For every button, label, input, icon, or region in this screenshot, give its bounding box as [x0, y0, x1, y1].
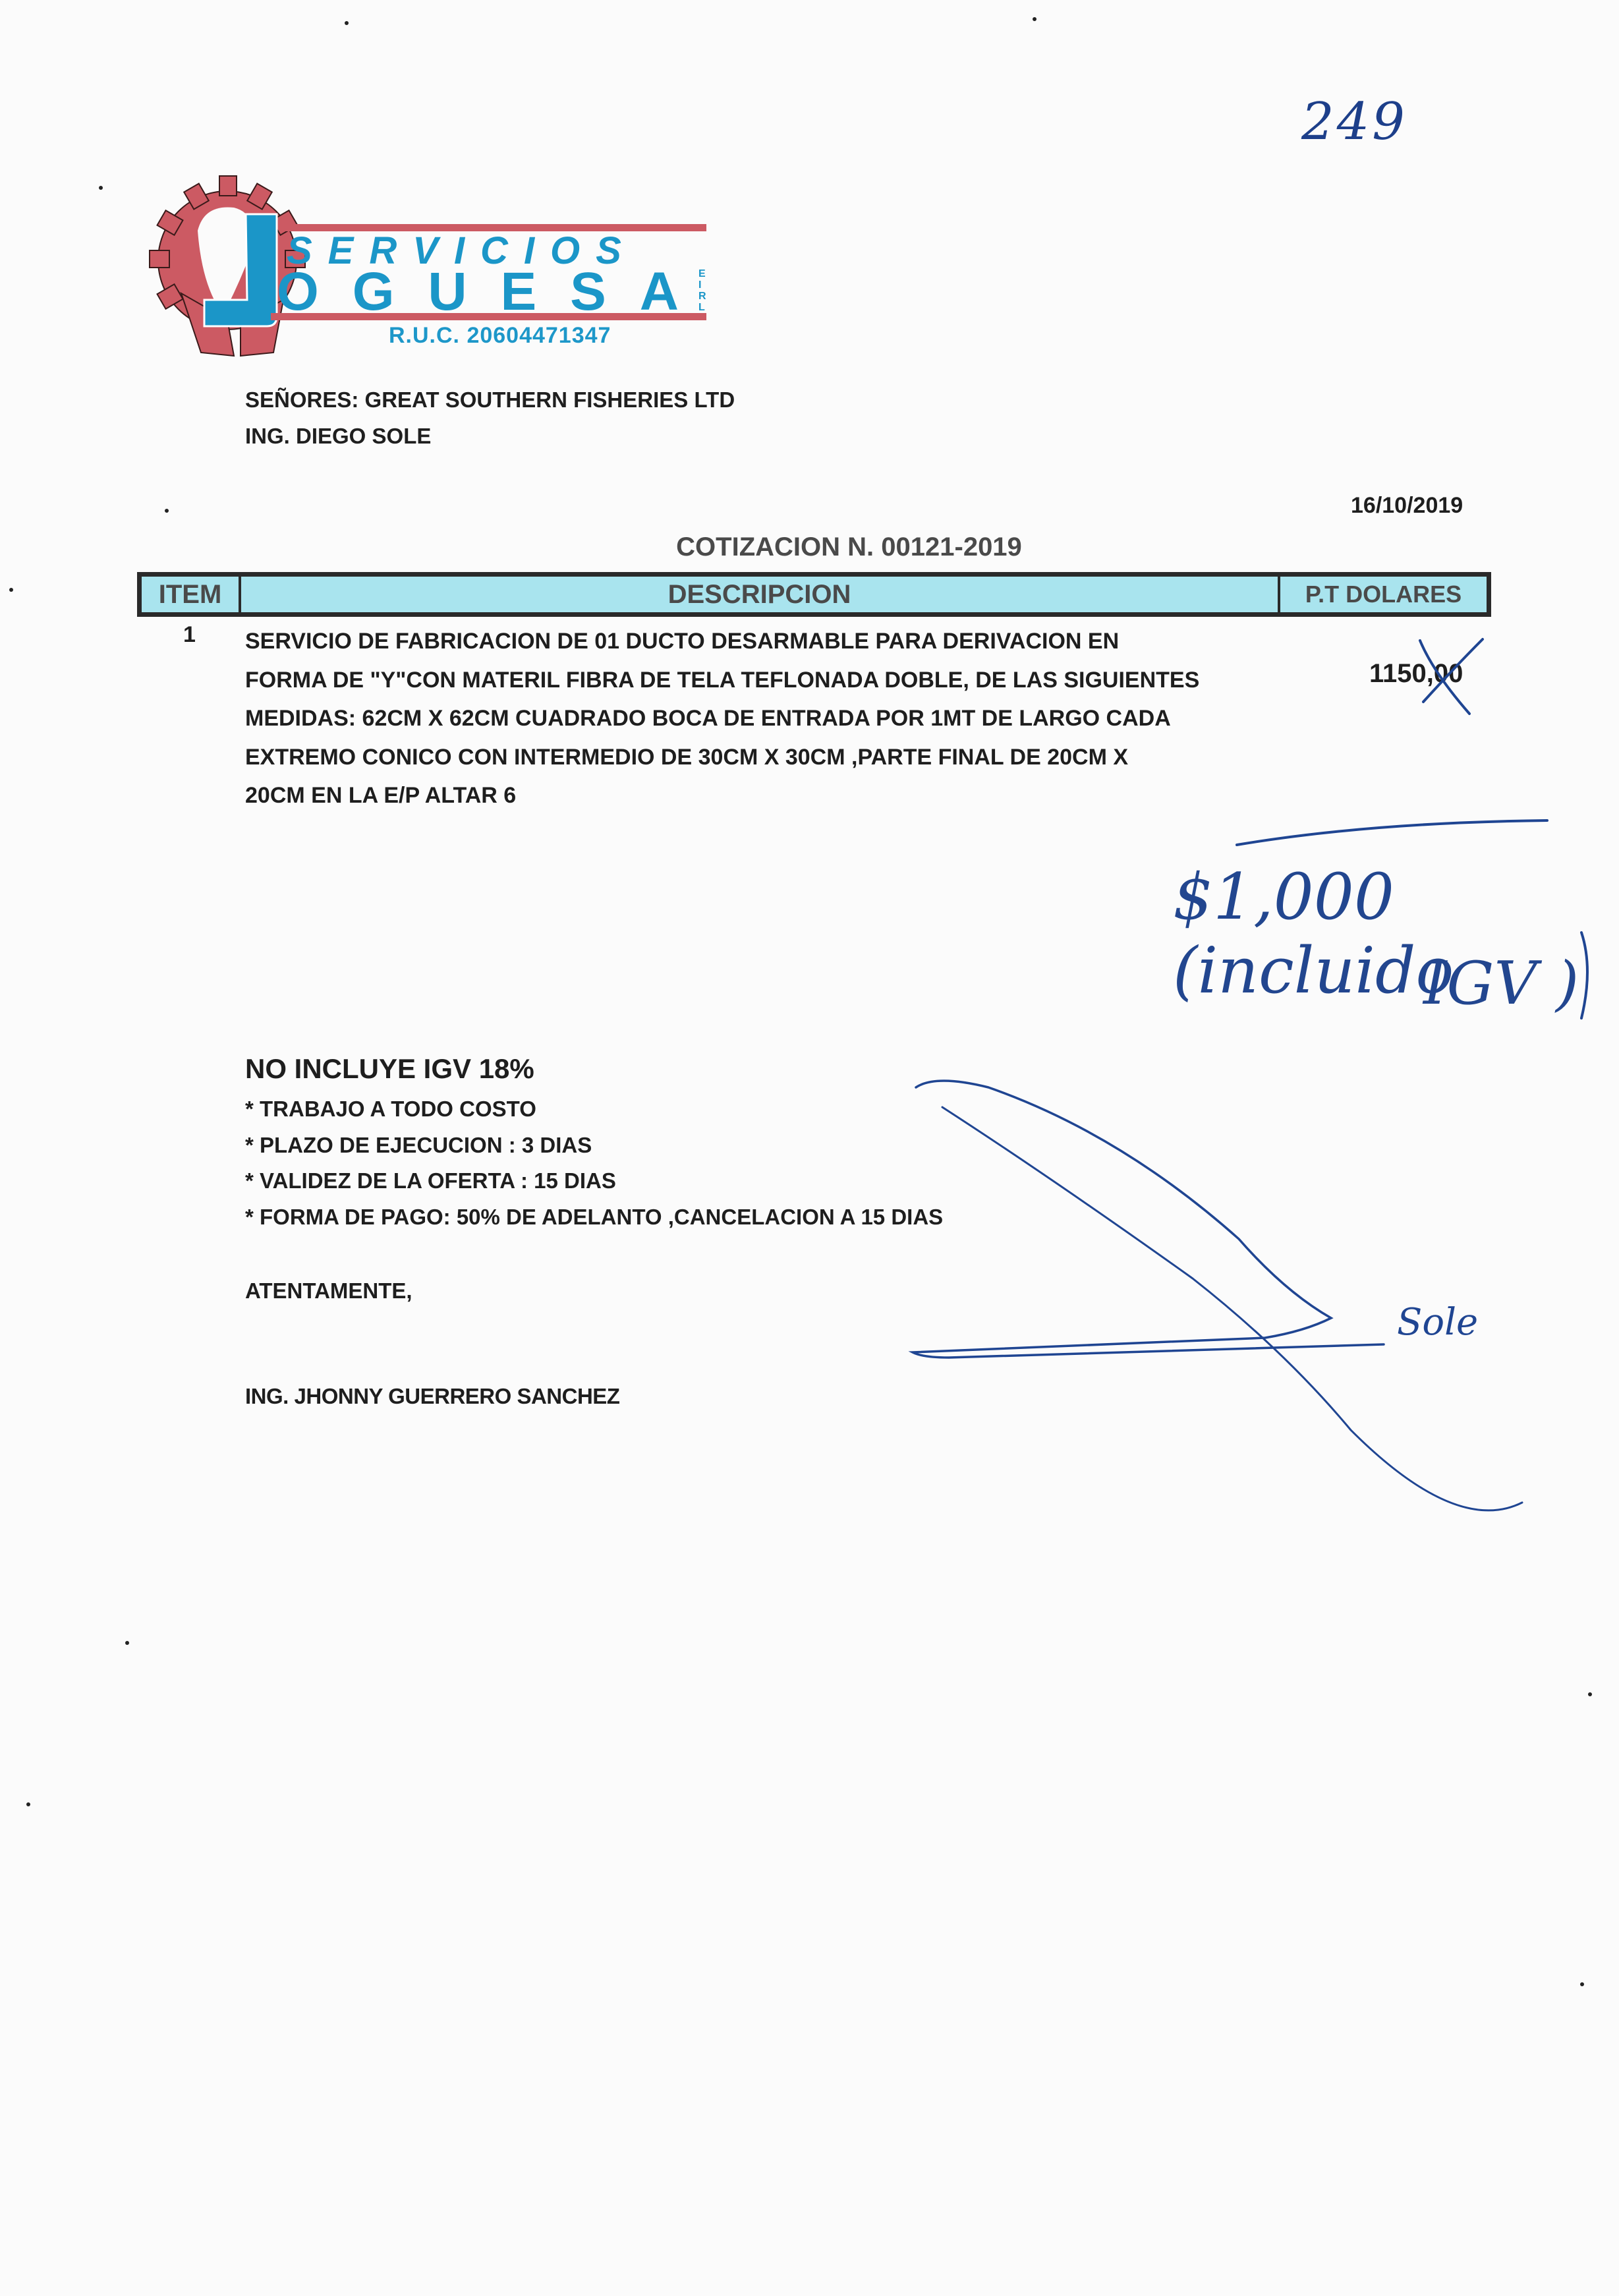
description-line: 20CM EN LA E/P ALTAR 6 — [245, 776, 1299, 815]
column-header-item: ITEM — [142, 577, 241, 612]
column-header-description: DESCRIPCION — [241, 577, 1280, 612]
handwritten-igv-note: IGV ) — [1423, 949, 1579, 1018]
description-line: FORMA DE "Y"CON MATERIL FIBRA DE TELA TE… — [245, 661, 1299, 700]
handwritten-page-number: 249 — [1301, 92, 1407, 152]
scan-speck — [125, 1641, 129, 1645]
quote-date: 16/10/2019 — [1351, 493, 1463, 519]
table-header: ITEM DESCRIPCION P.T DOLARES — [137, 572, 1491, 617]
svg-text:L: L — [698, 302, 705, 313]
signer-name: ING. JHONNY GUERRERO SANCHEZ — [245, 1384, 619, 1409]
scan-speck — [1588, 1692, 1592, 1696]
addressee-contact: ING. DIEGO SOLE — [245, 424, 431, 449]
term-item: * PLAZO DE EJECUCION : 3 DIAS — [245, 1128, 943, 1164]
terms-block: NO INCLUYE IGV 18% * TRABAJO A TODO COST… — [245, 1053, 943, 1235]
row-description: SERVICIO DE FABRICACION DE 01 DUCTO DESA… — [245, 622, 1299, 815]
description-line: MEDIDAS: 62CM X 62CM CUADRADO BOCA DE EN… — [245, 699, 1299, 738]
scan-speck — [345, 21, 349, 25]
svg-text:I: I — [698, 279, 701, 291]
signature-stroke — [942, 1107, 1522, 1510]
addressee-company: SEÑORES: GREAT SOUTHERN FISHERIES LTD — [245, 387, 735, 413]
svg-text:E: E — [698, 268, 706, 279]
term-item: * FORMA DE PAGO: 50% DE ADELANTO ,CANCEL… — [245, 1199, 943, 1236]
scan-speck — [1580, 1982, 1584, 1986]
svg-text:R: R — [698, 291, 706, 302]
scan-speck — [26, 1802, 30, 1806]
term-item: * VALIDEZ DE LA OFERTA : 15 DIAS — [245, 1163, 943, 1199]
row-item-number: 1 — [183, 622, 196, 648]
signature-stroke — [913, 1081, 1384, 1358]
scan-speck — [99, 186, 103, 190]
description-line: EXTREMO CONICO CON INTERMEDIO DE 30CM X … — [245, 738, 1299, 777]
company-ruc: R.U.C. 20604471347 — [389, 323, 611, 349]
row-price: 1150,00 — [1369, 659, 1463, 689]
scan-speck — [9, 588, 13, 592]
closing-salutation: ATENTAMENTE, — [245, 1278, 412, 1304]
term-item: * TRABAJO A TODO COSTO — [245, 1091, 943, 1128]
scan-speck — [165, 509, 169, 513]
quote-title: COTIZACION N. 00121-2019 — [0, 532, 1619, 562]
column-header-price: P.T DOLARES — [1280, 577, 1487, 612]
terms-title: NO INCLUYE IGV 18% — [245, 1053, 943, 1085]
svg-text:Sole: Sole — [1397, 1301, 1478, 1344]
description-line: SERVICIO DE FABRICACION DE 01 DUCTO DESA… — [245, 622, 1299, 661]
scan-speck — [1033, 17, 1037, 21]
